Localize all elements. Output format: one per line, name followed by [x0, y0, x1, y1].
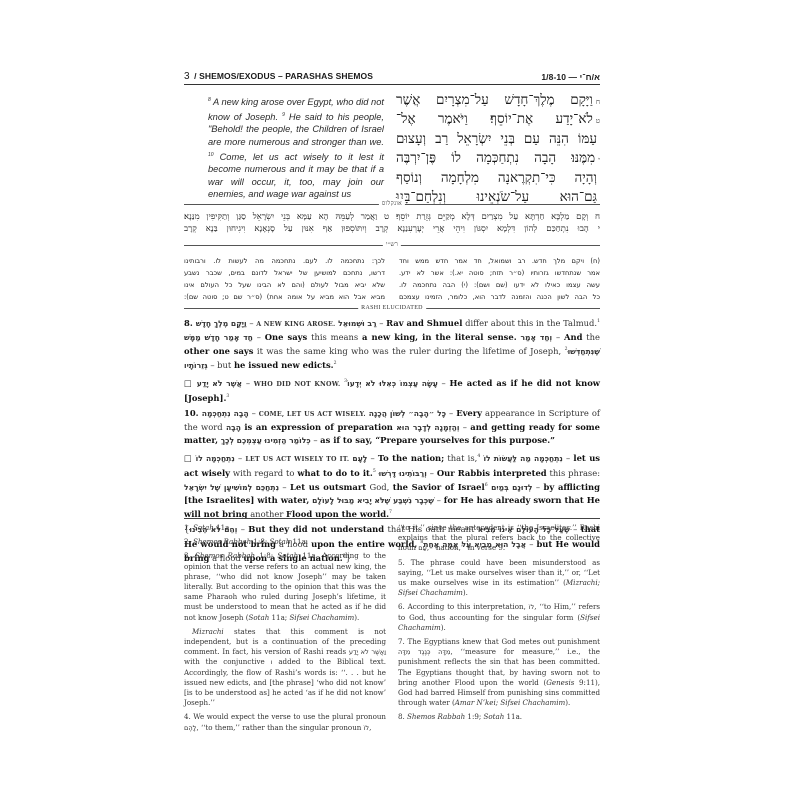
verse-10-translation: Come, let us act wisely to it lest it be…	[208, 152, 384, 200]
elucidated-paragraph: □ נִתְחַכְּמָה לוֹ – LET US ACT WISELY T…	[184, 451, 600, 521]
footnote: 4. We would expect the verse to use the …	[184, 712, 386, 732]
footnotes-left-column: 1. Sotah 11a.2. Shemos Rabbah 1:8; Sotah…	[184, 523, 386, 737]
footnote: ‘‘to it,’’ since the antecedent is ‘‘the…	[398, 523, 600, 554]
footnote: 6. According to this interpretation, לוֹ…	[398, 602, 600, 633]
hebrew-verse-text: חוַיָּקָם מֶלֶךְ־חָדָשׁ עַל־מִצְרָיִם אֲ…	[396, 92, 600, 208]
hebrew-line: ימִמֶּנּוּ׃ הָבָה נִתְחַכְּמָה לוֹ פֶּן־…	[396, 150, 600, 169]
hebrew-line: וְהָיָה כִּי־תִקְרֶאנָה מִלְחָמָה וְנוֹס…	[396, 170, 600, 189]
onkelos-label: אונקלוס	[379, 199, 405, 209]
verse-reference-hebrew: א/ח־י	[580, 72, 600, 82]
parasha-title: PARASHAS SHEMOS	[285, 71, 373, 81]
footnote: 2. Shemos Rabbah 1:8; Sotah 11a.	[184, 537, 386, 547]
footnote: 8. Shemos Rabbah 1:9; Sotah 11a.	[398, 712, 600, 722]
footnote-rule	[184, 518, 600, 519]
hebrew-line: עַמּוֹ הִנֵּה עַם בְּנֵי יִשְׂרָאֵל רַב …	[396, 131, 600, 150]
english-translation: 8 A new king arose over Egypt, who did n…	[208, 94, 384, 201]
footnote: Mizrachi states that this comment is not…	[184, 627, 386, 709]
onkelos-translation: ח וְקָם מַלְכָּא חַדְתָּא עַל מִצְרַיִם …	[184, 211, 600, 235]
rashi-commentary: (ח) ויקם מלך חדש. רב ושמואל, חד אמר חדש …	[184, 255, 600, 303]
verse-block: 8 A new king arose over Egypt, who did n…	[184, 92, 600, 197]
verse-reference: 1/8-10	[541, 72, 566, 82]
book-title: SHEMOS/EXODUS	[199, 71, 275, 81]
verse-number: 9	[282, 112, 285, 118]
header-rule	[184, 84, 600, 85]
running-head-right: 1/8-10 — א/ח־י	[541, 72, 600, 82]
footnote: 5. The phrase could have been misunderst…	[398, 558, 600, 599]
onkelos-divider: אונקלוס	[184, 199, 600, 209]
book-page: 3 / SHEMOS/EXODUS – PARASHAS SHEMOS 1/8-…	[184, 0, 600, 800]
hebrew-line: חוַיָּקָם מֶלֶךְ־חָדָשׁ עַל־מִצְרָיִם אֲ…	[396, 92, 600, 111]
rashi-label: רש״י	[383, 240, 401, 250]
running-head-left: 3 / SHEMOS/EXODUS – PARASHAS SHEMOS	[184, 71, 373, 82]
hebrew-line: טלֹא־יָדַע אֶת־יוֹסֵף׃ וַיֹּאמֶר אֶל־	[396, 111, 600, 130]
footnotes: 1. Sotah 11a.2. Shemos Rabbah 1:8; Sotah…	[184, 523, 600, 737]
rashi-left-column: לכך: נתחכמה לו. לעם. נתחכמה מה לעשות לו.…	[184, 255, 385, 303]
separator: —	[569, 72, 580, 82]
footnote: 1. Sotah 11a.	[184, 523, 386, 533]
verse-number: 10	[208, 152, 214, 158]
rashi-elucidated-label: RASHI ELUCIDATED	[358, 303, 426, 313]
running-head: 3 / SHEMOS/EXODUS – PARASHAS SHEMOS 1/8-…	[184, 66, 600, 82]
footnote: 7. The Egyptians knew that God metes out…	[398, 637, 600, 708]
separator: –	[278, 71, 283, 81]
rashi-elucidated-divider: RASHI ELUCIDATED	[184, 303, 600, 313]
onkelos-line: ח וְקָם מַלְכָּא חַדְתָּא עַל מִצְרַיִם …	[184, 211, 600, 223]
elucidated-paragraph: 8. וַיָּקָם מֶלֶךְ חָדָשׁ – A NEW KING A…	[184, 316, 600, 373]
footnotes-right-column: ‘‘to it,’’ since the antecedent is ‘‘the…	[398, 523, 600, 737]
elucidated-paragraph: □ אֲשֶׁר לֹא יָדַע – WHO DID NOT KNOW. 3…	[184, 376, 600, 404]
rashi-right-column: (ח) ויקם מלך חדש. רב ושמואל, חד אמר חדש …	[399, 255, 600, 303]
elucidated-paragraph: 10. הָבָה נִתְחַכְּמָה – COME, LET US AC…	[184, 407, 600, 448]
onkelos-line: י הָבוּ נִתְחַכַּם לְהוֹן דִּלְמָא יִסְג…	[184, 223, 600, 235]
page-number: 3	[184, 71, 190, 82]
rashi-divider: רש״י	[184, 240, 600, 250]
footnote: 3. Shemos Rabbah 1:8; Sotah 11a. Accordi…	[184, 551, 386, 622]
verse-number: 8	[208, 97, 211, 103]
